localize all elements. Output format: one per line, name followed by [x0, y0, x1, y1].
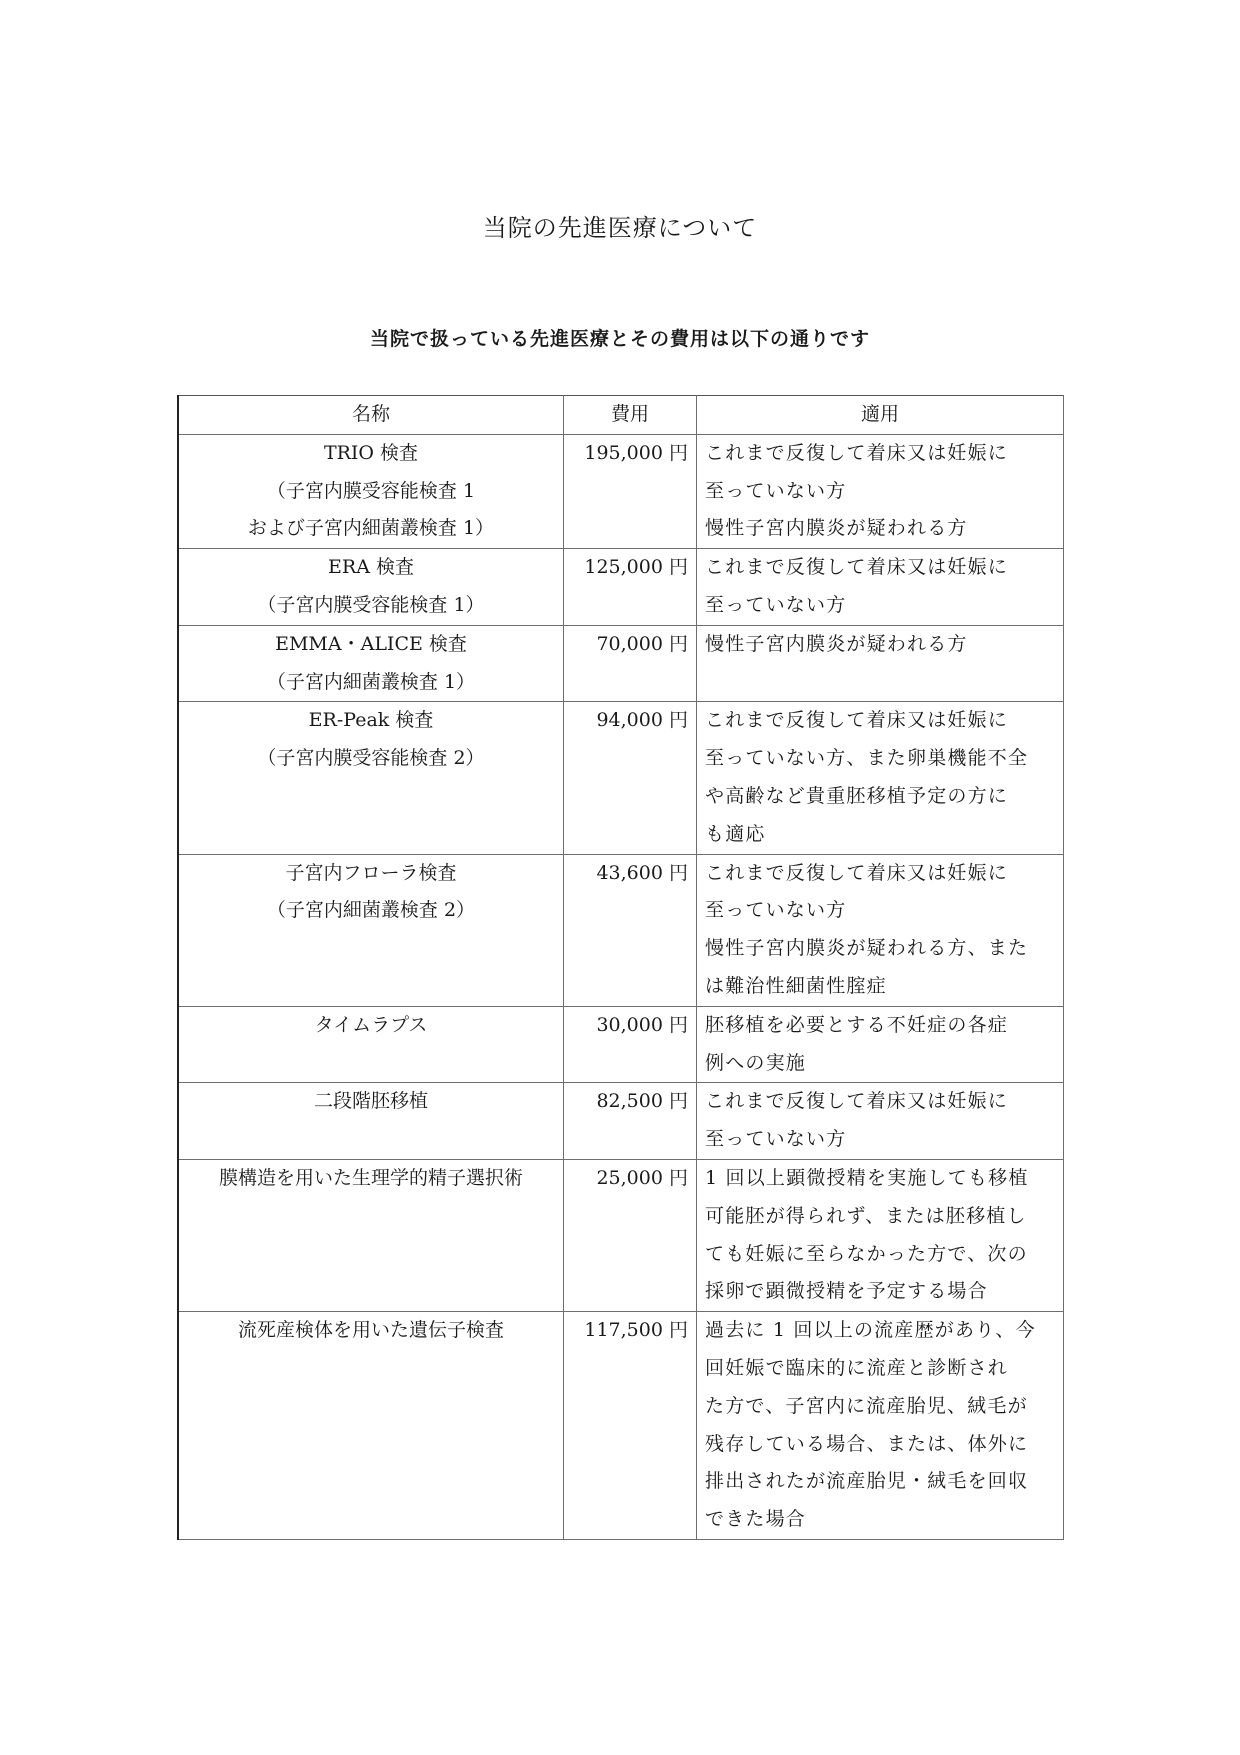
column-header-name: 名称 [178, 396, 564, 435]
procedure-name-cell-line: および子宮内細菌叢検査 1） [187, 510, 555, 548]
procedure-name-cell-line: 流死産検体を用いた遺伝子検査 [187, 1312, 555, 1350]
procedure-name-cell-line: 二段階胚移植 [187, 1083, 555, 1121]
eligibility-cell-line: 例への実施 [705, 1045, 1055, 1083]
procedure-name-cell-line: （子宮内膜受容能検査 1） [187, 587, 555, 625]
procedure-name-cell: 子宮内フローラ検査（子宮内細菌叢検査 2） [178, 854, 564, 1006]
procedure-name-cell: タイムラプス [178, 1006, 564, 1083]
procedure-name-cell-line: （子宮内細菌叢検査 2） [187, 892, 555, 930]
table-body: TRIO 検査（子宮内膜受容能検査 1および子宮内細菌叢検査 1）195,000… [178, 434, 1064, 1539]
procedure-name-cell-line: EMMA・ALICE 検査 [187, 626, 555, 664]
eligibility-cell-line: 至っていない方 [705, 892, 1055, 930]
eligibility-cell-line: ても妊娠に至らなかった方で、次の [705, 1236, 1055, 1274]
eligibility-cell-line: 残存している場合、または、体外に [705, 1426, 1055, 1464]
document-title: 当院の先進医療について [0, 208, 1240, 243]
eligibility-cell-line: も適応 [705, 816, 1055, 854]
eligibility-cell-line: 採卵で顕微授精を予定する場合 [705, 1273, 1055, 1311]
cost-cell: 94,000 円 [564, 702, 697, 854]
procedure-name-cell: 二段階胚移植 [178, 1083, 564, 1160]
cost-cell: 70,000 円 [564, 625, 697, 702]
procedure-name-cell-line: タイムラプス [187, 1007, 555, 1045]
procedure-name-cell-line: 膜構造を用いた生理学的精子選択術 [187, 1160, 555, 1198]
column-header-cost: 費用 [564, 396, 697, 435]
document-subtitle: 当院で扱っている先進医療とその費用は以下の通りです [0, 324, 1240, 351]
eligibility-cell-line: 慢性子宮内膜炎が疑われる方 [705, 626, 1055, 664]
eligibility-cell-line: 過去に 1 回以上の流産歴があり、今 [705, 1312, 1055, 1350]
eligibility-cell-line: は難治性細菌性腟症 [705, 968, 1055, 1006]
cost-cell: 43,600 円 [564, 854, 697, 1006]
eligibility-cell-line: 至っていない方 [705, 1121, 1055, 1159]
eligibility-cell-line: これまで反復して着床又は妊娠に [705, 855, 1055, 893]
eligibility-cell: これまで反復して着床又は妊娠に至っていない方慢性子宮内膜炎が疑われる方、または難… [697, 854, 1064, 1006]
eligibility-cell: 胚移植を必要とする不妊症の各症例への実施 [697, 1006, 1064, 1083]
eligibility-cell-line: これまで反復して着床又は妊娠に [705, 702, 1055, 740]
procedure-name-cell-line: 子宮内フローラ検査 [187, 855, 555, 893]
cost-cell: 125,000 円 [564, 549, 697, 626]
table-row: 二段階胚移植82,500 円これまで反復して着床又は妊娠に至っていない方 [178, 1083, 1064, 1160]
eligibility-cell-line: 至っていない方 [705, 473, 1055, 511]
procedure-name-cell: TRIO 検査（子宮内膜受容能検査 1および子宮内細菌叢検査 1） [178, 434, 564, 548]
cost-cell: 117,500 円 [564, 1312, 697, 1540]
eligibility-cell-line: 回妊娠で臨床的に流産と診断され [705, 1350, 1055, 1388]
cost-cell: 30,000 円 [564, 1006, 697, 1083]
eligibility-cell-line: 1 回以上顕微授精を実施しても移植 [705, 1160, 1055, 1198]
eligibility-cell-line: 慢性子宮内膜炎が疑われる方 [705, 510, 1055, 548]
eligibility-cell-line: や高齢など貴重胚移植予定の方に [705, 778, 1055, 816]
procedure-name-cell: ERA 検査（子宮内膜受容能検査 1） [178, 549, 564, 626]
eligibility-cell-line: 慢性子宮内膜炎が疑われる方、また [705, 930, 1055, 968]
table-row: タイムラプス30,000 円胚移植を必要とする不妊症の各症例への実施 [178, 1006, 1064, 1083]
eligibility-cell: これまで反復して着床又は妊娠に至っていない方 [697, 549, 1064, 626]
procedure-name-cell-line: （子宮内細菌叢検査 1） [187, 664, 555, 702]
cost-cell: 82,500 円 [564, 1083, 697, 1160]
eligibility-cell: 1 回以上顕微授精を実施しても移植可能胚が得られず、または胚移植しても妊娠に至ら… [697, 1159, 1064, 1311]
column-header-applies: 適用 [697, 396, 1064, 435]
eligibility-cell: これまで反復して着床又は妊娠に至っていない方慢性子宮内膜炎が疑われる方 [697, 434, 1064, 548]
table-header-row: 名称 費用 適用 [178, 396, 1064, 435]
eligibility-cell-line: た方で、子宮内に流産胎児、絨毛が [705, 1388, 1055, 1426]
procedure-name-cell-line: （子宮内膜受容能検査 1 [187, 473, 555, 511]
advanced-medical-fees-table: 名称 費用 適用 TRIO 検査（子宮内膜受容能検査 1および子宮内細菌叢検査 … [177, 395, 1064, 1540]
eligibility-cell-line: これまで反復して着床又は妊娠に [705, 549, 1055, 587]
procedure-name-cell: 膜構造を用いた生理学的精子選択術 [178, 1159, 564, 1311]
eligibility-cell-line: 胚移植を必要とする不妊症の各症 [705, 1007, 1055, 1045]
eligibility-cell: 過去に 1 回以上の流産歴があり、今回妊娠で臨床的に流産と診断された方で、子宮内… [697, 1312, 1064, 1540]
table-row: 流死産検体を用いた遺伝子検査117,500 円過去に 1 回以上の流産歴があり、… [178, 1312, 1064, 1540]
procedure-name-cell: ER-Peak 検査（子宮内膜受容能検査 2） [178, 702, 564, 854]
procedure-name-cell-line: TRIO 検査 [187, 435, 555, 473]
table-row: 膜構造を用いた生理学的精子選択術25,000 円1 回以上顕微授精を実施しても移… [178, 1159, 1064, 1311]
eligibility-cell-line: 可能胚が得られず、または胚移植し [705, 1198, 1055, 1236]
cost-cell: 195,000 円 [564, 434, 697, 548]
eligibility-cell-line: これまで反復して着床又は妊娠に [705, 1083, 1055, 1121]
cost-cell: 25,000 円 [564, 1159, 697, 1311]
eligibility-cell: 慢性子宮内膜炎が疑われる方 [697, 625, 1064, 702]
eligibility-cell: これまで反復して着床又は妊娠に至っていない方 [697, 1083, 1064, 1160]
eligibility-cell: これまで反復して着床又は妊娠に至っていない方、また卵巣機能不全や高齢など貴重胚移… [697, 702, 1064, 854]
table-row: TRIO 検査（子宮内膜受容能検査 1および子宮内細菌叢検査 1）195,000… [178, 434, 1064, 548]
procedure-name-cell: 流死産検体を用いた遺伝子検査 [178, 1312, 564, 1540]
eligibility-cell-line: 排出されたが流産胎児・絨毛を回収 [705, 1463, 1055, 1501]
eligibility-cell-line: これまで反復して着床又は妊娠に [705, 435, 1055, 473]
procedure-name-cell-line: （子宮内膜受容能検査 2） [187, 740, 555, 778]
eligibility-cell-line: できた場合 [705, 1501, 1055, 1539]
procedure-name-cell: EMMA・ALICE 検査（子宮内細菌叢検査 1） [178, 625, 564, 702]
table-row: 子宮内フローラ検査（子宮内細菌叢検査 2）43,600 円これまで反復して着床又… [178, 854, 1064, 1006]
table-row: ERA 検査（子宮内膜受容能検査 1）125,000 円これまで反復して着床又は… [178, 549, 1064, 626]
procedure-name-cell-line: ERA 検査 [187, 549, 555, 587]
eligibility-cell-line: 至っていない方 [705, 587, 1055, 625]
table-row: ER-Peak 検査（子宮内膜受容能検査 2）94,000 円これまで反復して着… [178, 702, 1064, 854]
eligibility-cell-line: 至っていない方、また卵巣機能不全 [705, 740, 1055, 778]
procedure-name-cell-line: ER-Peak 検査 [187, 702, 555, 740]
table-row: EMMA・ALICE 検査（子宮内細菌叢検査 1）70,000 円慢性子宮内膜炎… [178, 625, 1064, 702]
